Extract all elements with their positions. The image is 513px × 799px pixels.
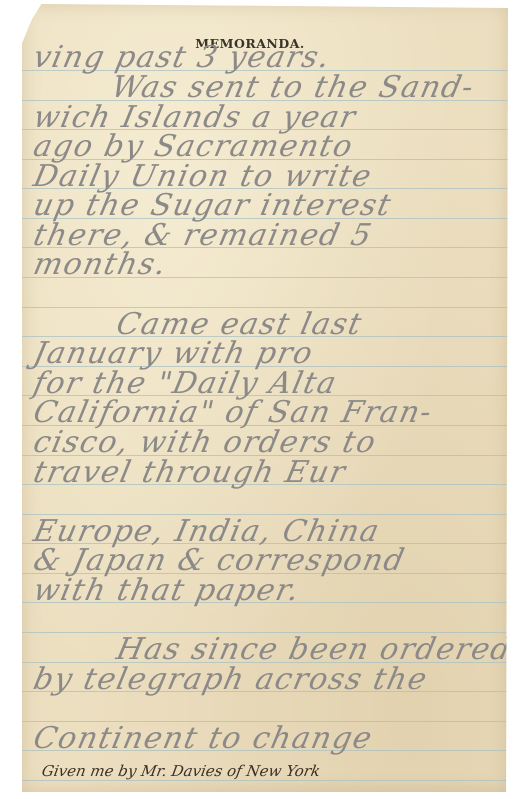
- ink-annotation: Given me by Mr. Davies of New York: [40, 762, 321, 780]
- handwritten-line: by telegraph across the: [30, 662, 431, 697]
- handwritten-line: Continent to change: [30, 721, 376, 756]
- handwritten-line: months.: [30, 247, 170, 282]
- handwritten-line: with that paper.: [30, 573, 303, 608]
- memoranda-page: MEMORANDA. ving past 3 years. Was sent t…: [22, 4, 508, 792]
- handwritten-line: travel through Eur: [30, 455, 349, 490]
